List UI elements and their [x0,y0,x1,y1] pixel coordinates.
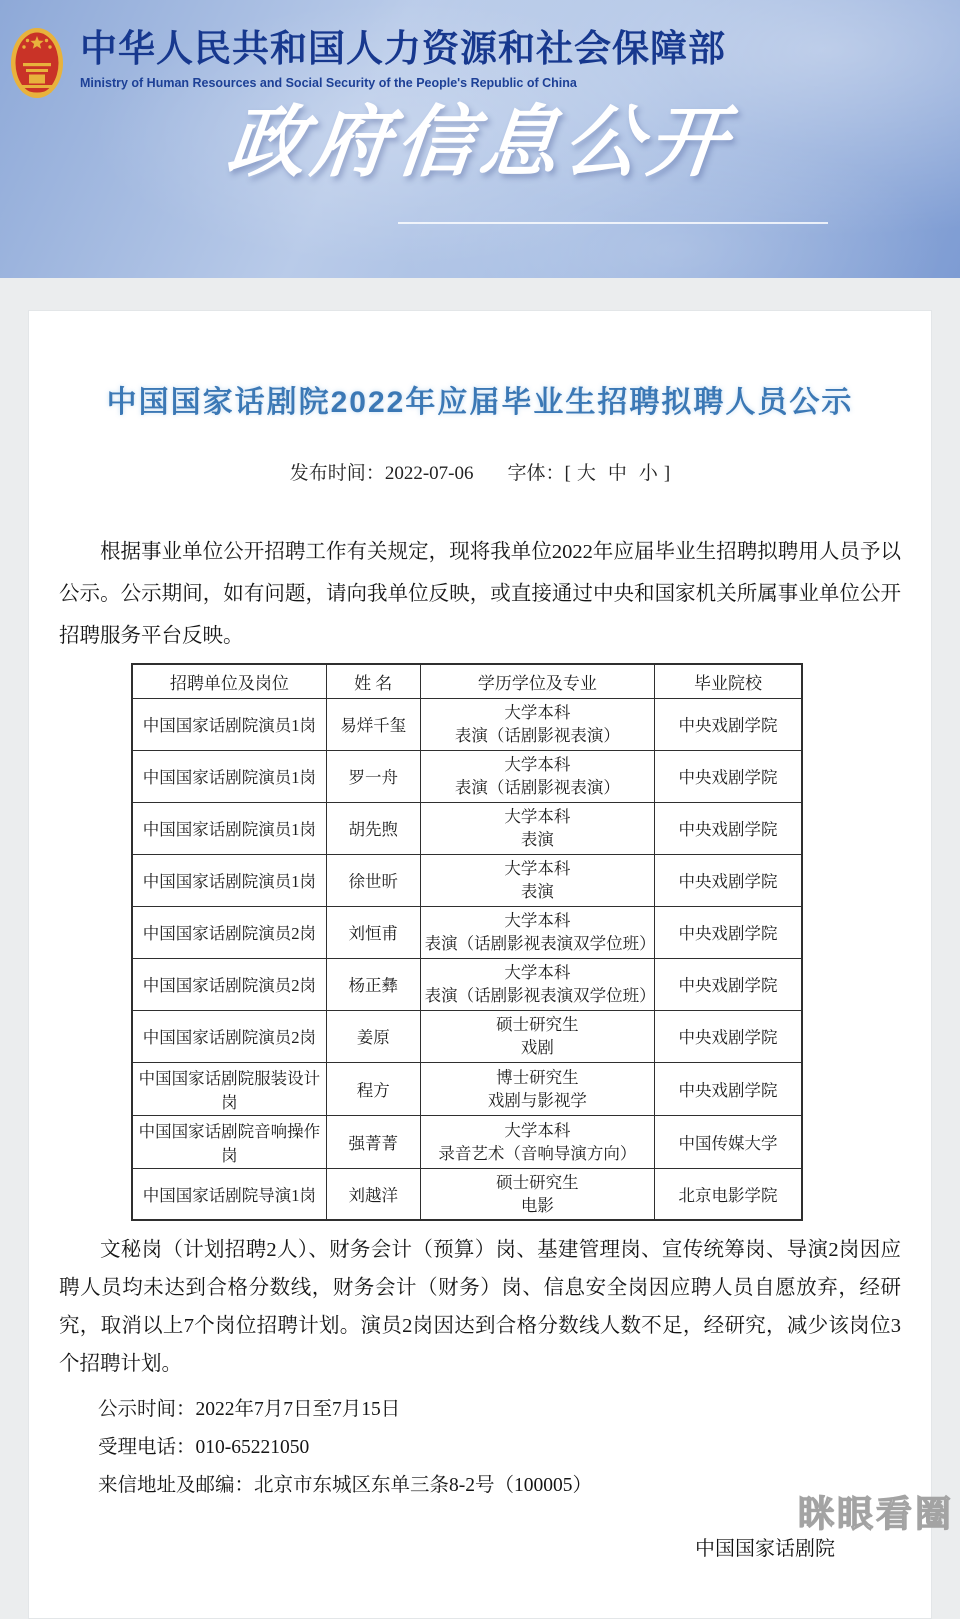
cell-degree: 大学本科 [425,909,651,932]
cell-name: 姜原 [326,1010,420,1062]
article-title: 中国国家话剧院2022年应届毕业生招聘拟聘人员公示 [59,311,901,423]
cell-education: 大学本科 表演 [420,854,655,906]
table-row: 中国国家话剧院音响操作岗 强菁菁 大学本科 录音艺术（音响导演方向） 中国传媒大… [132,1115,802,1168]
article-meta: 发布时间：2022-07-06字体：[大中小] [59,461,901,487]
cell-education: 大学本科 录音艺术（音响导演方向） [420,1115,655,1168]
cell-name: 易烊千玺 [326,698,420,750]
cell-education: 大学本科 表演 [420,802,655,854]
table-header-row: 招聘单位及岗位 姓 名 学历学位及专业 毕业院校 [132,664,802,698]
notice-block: 公示时间：2022年7月7日至7月15日 受理电话：010-65221050 来… [59,1391,901,1505]
publish-date-label: 发布时间： [290,463,385,484]
cell-name: 胡先煦 [326,802,420,854]
table-row: 中国国家话剧院演员1岗 易烊千玺 大学本科 表演（话剧影视表演） 中央戏剧学院 [132,698,802,750]
cell-school: 中央戏剧学院 [655,698,802,750]
cell-education: 硕士研究生 电影 [420,1168,655,1220]
col-header-name: 姓 名 [326,664,420,698]
cell-major: 表演 [425,880,651,903]
cell-name: 罗一舟 [326,750,420,802]
cell-name: 强菁菁 [326,1115,420,1168]
cell-major: 表演 [425,828,651,851]
cell-degree: 大学本科 [425,961,651,984]
table-row: 中国国家话剧院演员2岗 姜原 硕士研究生 戏剧 中央戏剧学院 [132,1010,802,1062]
ministry-name-cn[interactable]: 中华人民共和国人力资源和社会保障部 [80,28,726,70]
font-size-label: 字体： [507,463,564,484]
cell-post: 中国国家话剧院演员1岗 [132,698,326,750]
table-row: 中国国家话剧院服装设计岗 程方 博士研究生 戏剧与影视学 中央戏剧学院 [132,1062,802,1115]
cell-school: 中央戏剧学院 [655,802,802,854]
cell-major: 表演（话剧影视表演双学位班） [425,984,651,1007]
col-header-education: 学历学位及专业 [420,664,655,698]
cell-school: 中央戏剧学院 [655,1062,802,1115]
cell-degree: 硕士研究生 [425,1013,651,1036]
cell-major: 表演（话剧影视表演） [425,776,651,799]
result-paragraph: 文秘岗（计划招聘2人）、财务会计（预算）岗、基建管理岗、宣传统筹岗、导演2岗因应… [59,1231,901,1383]
cell-post: 中国国家话剧院导演1岗 [132,1168,326,1220]
cell-name: 刘恒甫 [326,906,420,958]
applicants-table: 招聘单位及岗位 姓 名 学历学位及专业 毕业院校 中国国家话剧院演员1岗 易烊千… [131,663,803,1221]
signature: 中国国家话剧院 [59,1535,901,1563]
cell-education: 硕士研究生 戏剧 [420,1010,655,1062]
cell-post: 中国国家话剧院演员1岗 [132,802,326,854]
table-row: 中国国家话剧院演员1岗 徐世昕 大学本科 表演 中央戏剧学院 [132,854,802,906]
font-size-bracket-close: ] [664,463,670,484]
cell-post: 中国国家话剧院演员1岗 [132,750,326,802]
cell-school: 中央戏剧学院 [655,906,802,958]
watermark: 眯眼看圈 [798,1486,954,1537]
cell-major: 戏剧 [425,1036,651,1059]
notice-line-address: 来信地址及邮编：北京市东城区东单三条8-2号（100005） [59,1467,901,1505]
section-title: 政府信息公开 [0,92,960,192]
cell-post: 中国国家话剧院演员2岗 [132,1010,326,1062]
cell-degree: 博士研究生 [425,1066,651,1089]
site-banner: 中华人民共和国人力资源和社会保障部 Ministry of Human Reso… [0,0,960,278]
cell-school: 中央戏剧学院 [655,958,802,1010]
cell-education: 大学本科 表演（话剧影视表演双学位班） [420,958,655,1010]
cell-degree: 大学本科 [425,1119,651,1142]
notice-line-phone: 受理电话：010-65221050 [59,1429,901,1467]
ministry-brand-text[interactable]: 中华人民共和国人力资源和社会保障部 Ministry of Human Reso… [80,26,726,91]
cell-name: 程方 [326,1062,420,1115]
font-size-bracket-open: [ [564,463,570,484]
table-row: 中国国家话剧院导演1岗 刘越洋 硕士研究生 电影 北京电影学院 [132,1168,802,1220]
cell-name: 刘越洋 [326,1168,420,1220]
cell-major: 电影 [425,1194,651,1217]
cell-degree: 大学本科 [425,857,651,880]
cell-degree: 大学本科 [425,805,651,828]
cell-education: 大学本科 表演（话剧影视表演） [420,750,655,802]
cell-major: 表演（话剧影视表演双学位班） [425,932,651,955]
cell-post: 中国国家话剧院演员1岗 [132,854,326,906]
cell-name: 徐世昕 [326,854,420,906]
cell-name: 杨正彝 [326,958,420,1010]
col-header-post: 招聘单位及岗位 [132,664,326,698]
applicants-table-body: 中国国家话剧院演员1岗 易烊千玺 大学本科 表演（话剧影视表演） 中央戏剧学院 … [132,698,802,1220]
cell-school: 中国传媒大学 [655,1115,802,1168]
font-size-small-button[interactable]: 小 [639,463,658,484]
cell-degree: 大学本科 [425,753,651,776]
table-row: 中国国家话剧院演员2岗 杨正彝 大学本科 表演（话剧影视表演双学位班） 中央戏剧… [132,958,802,1010]
cell-education: 博士研究生 戏剧与影视学 [420,1062,655,1115]
article-card: 中国国家话剧院2022年应届毕业生招聘拟聘人员公示 发布时间：2022-07-0… [28,310,932,1619]
publish-date-value: 2022-07-06 [385,463,474,484]
cell-degree: 大学本科 [425,701,651,724]
cell-degree: 硕士研究生 [425,1171,651,1194]
cell-post: 中国国家话剧院服装设计岗 [132,1062,326,1115]
cell-school: 北京电影学院 [655,1168,802,1220]
cell-post: 中国国家话剧院音响操作岗 [132,1115,326,1168]
cell-school: 中央戏剧学院 [655,1010,802,1062]
cell-school: 中央戏剧学院 [655,750,802,802]
font-size-large-button[interactable]: 大 [577,463,596,484]
table-row: 中国国家话剧院演员1岗 胡先煦 大学本科 表演 中央戏剧学院 [132,802,802,854]
table-row: 中国国家话剧院演员1岗 罗一舟 大学本科 表演（话剧影视表演） 中央戏剧学院 [132,750,802,802]
font-size-medium-button[interactable]: 中 [608,463,627,484]
cell-post: 中国国家话剧院演员2岗 [132,958,326,1010]
cell-education: 大学本科 表演（话剧影视表演） [420,698,655,750]
notice-line-period: 公示时间：2022年7月7日至7月15日 [59,1391,901,1429]
cell-major: 戏剧与影视学 [425,1089,651,1112]
cell-post: 中国国家话剧院演员2岗 [132,906,326,958]
intro-paragraph: 根据事业单位公开招聘工作有关规定，现将我单位2022年应届毕业生招聘拟聘用人员予… [59,531,901,657]
ministry-name-en: Ministry of Human Resources and Social S… [80,75,726,91]
cell-school: 中央戏剧学院 [655,854,802,906]
cell-major: 录音艺术（音响导演方向） [425,1142,651,1165]
col-header-school: 毕业院校 [655,664,802,698]
cell-major: 表演（话剧影视表演） [425,724,651,747]
table-row: 中国国家话剧院演员2岗 刘恒甫 大学本科 表演（话剧影视表演双学位班） 中央戏剧… [132,906,802,958]
cell-education: 大学本科 表演（话剧影视表演双学位班） [420,906,655,958]
banner-underline-decoration [398,222,828,224]
